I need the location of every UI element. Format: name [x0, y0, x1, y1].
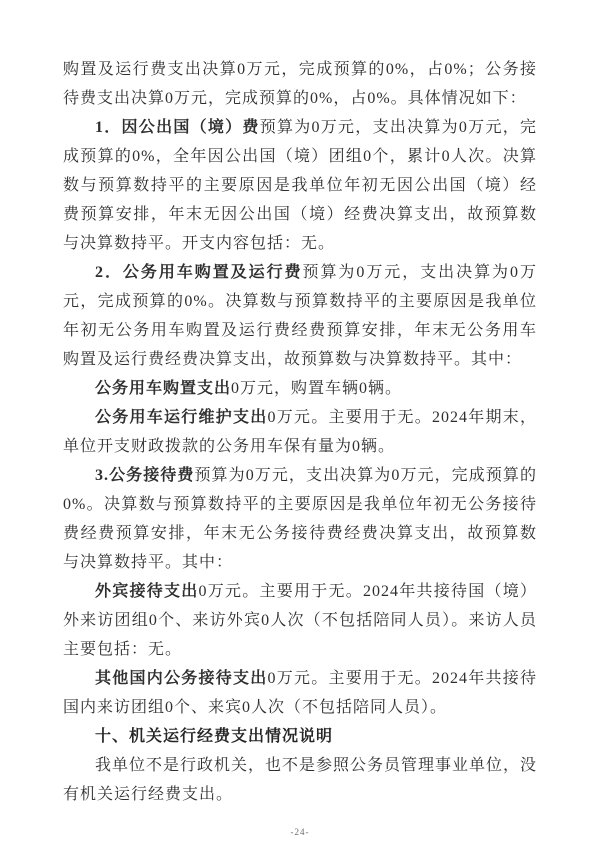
section-heading: 十、机关运行经费支出情况说明: [63, 722, 537, 751]
paragraph: 购置及运行费支出决算0万元，完成预算的0%，占0%；公务接待费支出决算0万元，完…: [63, 55, 537, 113]
paragraph-lead-bold: 3.公务接待费: [95, 467, 194, 484]
paragraph-lead-bold: 十、机关运行经费支出情况说明: [95, 728, 333, 745]
paragraph: 2．公务用车购置及运行费预算为0万元，支出决算为0万元，完成预算的0%。决算数与…: [63, 258, 537, 374]
paragraph: 我单位不是行政机关，也不是参照公务员管理事业单位，没有机关运行经费支出。: [63, 751, 537, 809]
paragraph: 公务用车运行维护支出0万元。主要用于无。2024年期末，单位开支财政拨款的公务用…: [63, 403, 537, 461]
paragraph: 外宾接待支出0万元。主要用于无。2024年共接待国（境）外来访团组0个、来访外宾…: [63, 577, 537, 664]
paragraph-lead-bold: 公务用车购置支出: [95, 380, 231, 397]
paragraph-lead-bold: 1．因公出国（境）费: [95, 119, 260, 136]
document-page: 购置及运行费支出决算0万元，完成预算的0%，占0%；公务接待费支出决算0万元，完…: [0, 0, 600, 849]
paragraph: 1．因公出国（境）费预算为0万元，支出决算为0万元，完成预算的0%，全年因公出国…: [63, 113, 537, 258]
page-number: -24-: [0, 827, 600, 837]
paragraph-lead-bold: 2．公务用车购置及运行费: [95, 264, 303, 281]
paragraph: 其他国内公务接待支出0万元。主要用于无。2024年共接待国内来访团组0个、来宾0…: [63, 664, 537, 722]
document-body: 购置及运行费支出决算0万元，完成预算的0%，占0%；公务接待费支出决算0万元，完…: [63, 55, 537, 809]
paragraph-text: 预算为0万元，支出决算为0万元，完成预算的0%，全年因公出国（境）团组0个，累计…: [63, 119, 537, 252]
paragraph: 3.公务接待费预算为0万元，支出决算为0万元，完成预算的0%。决算数与预算数持平…: [63, 461, 537, 577]
paragraph-lead-bold: 其他国内公务接待支出: [95, 670, 268, 687]
paragraph-lead-bold: 外宾接待支出: [95, 583, 199, 600]
paragraph-text: 我单位不是行政机关，也不是参照公务员管理事业单位，没有机关运行经费支出。: [63, 757, 537, 803]
paragraph-text: 0万元，购置车辆0辆。: [231, 380, 402, 397]
paragraph-lead-bold: 公务用车运行维护支出: [95, 409, 268, 426]
paragraph-text: 购置及运行费支出决算0万元，完成预算的0%，占0%；公务接待费支出决算0万元，完…: [63, 61, 537, 107]
paragraph: 公务用车购置支出0万元，购置车辆0辆。: [63, 374, 537, 403]
